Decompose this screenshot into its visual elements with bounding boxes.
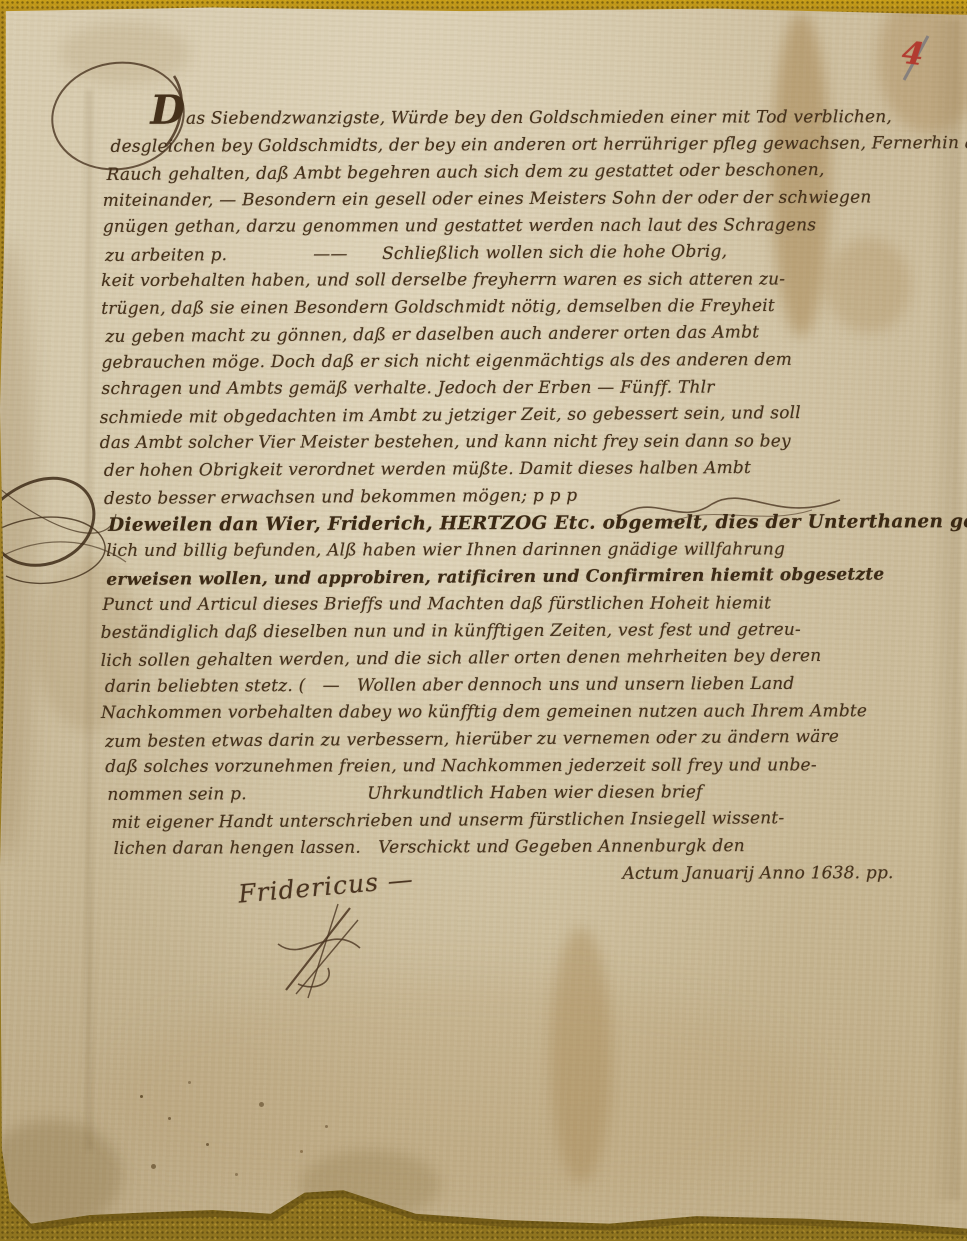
manuscript-line: zum besten etwas darin zu verbessern, hi… <box>105 723 963 756</box>
folio-mark: 4 <box>894 30 940 88</box>
manuscript-line: lich und billig befunden, Alß haben wier… <box>106 536 962 565</box>
manuscript-line: gnügen gethan, darzu genommen und gestat… <box>103 212 961 241</box>
fold-crease <box>84 90 94 1150</box>
folio-number: 4 <box>900 35 926 73</box>
manuscript-line: Actum Januarij Anno 1638. pp. <box>98 860 964 889</box>
manuscript-line: schmiede mit obgedachten im Ambt zu jetz… <box>100 399 962 432</box>
ink-speckles <box>140 1095 143 1098</box>
manuscript-line: miteinander, — Besondern ein gesell oder… <box>103 184 961 215</box>
manuscript-line: gebrauchen möge. Doch daß er sich nicht … <box>101 346 961 377</box>
manuscript-line: keit vorbehalten haben, und soll derselb… <box>101 266 961 295</box>
manuscript-line: Punct und Articul dieses Brieffs und Mac… <box>102 590 962 619</box>
manuscript-line: Dieweilen dan Wier, Friderich, HERTZOG E… <box>108 508 962 539</box>
signature-paraph-flourish <box>268 898 373 1003</box>
stain <box>110 980 810 1210</box>
manuscript-line: Nachkommen vorbehalten dabey wo künfftig… <box>101 698 963 727</box>
parchment-page: 4 Das Siebendzwanzigste, Würde bey den G… <box>0 0 967 1241</box>
manuscript-lines: Das Siebendzwanzigste, Würde bey den Gol… <box>94 98 963 890</box>
manuscript-line: das Ambt solcher Vier Meister bestehen, … <box>100 428 962 457</box>
manuscript-line: schragen und Ambts gemäß verhalte. Jedoc… <box>102 374 962 403</box>
manuscript-line: Das Siebendzwanzigste, Würde bey den Gol… <box>150 99 960 133</box>
manuscript-line: zu arbeiten p. —— Schließlich wollen sic… <box>105 237 961 270</box>
manuscript-line: lichen daran hengen lassen. Verschickt u… <box>113 832 963 863</box>
manuscript-line: erweisen wollen, und approbiren, ratific… <box>106 561 962 594</box>
manuscript-line: darin beliebten stetz. ( — Wollen aber d… <box>105 670 963 701</box>
manuscript-line: daß solches vorzunehmen freien, und Nach… <box>105 752 963 781</box>
